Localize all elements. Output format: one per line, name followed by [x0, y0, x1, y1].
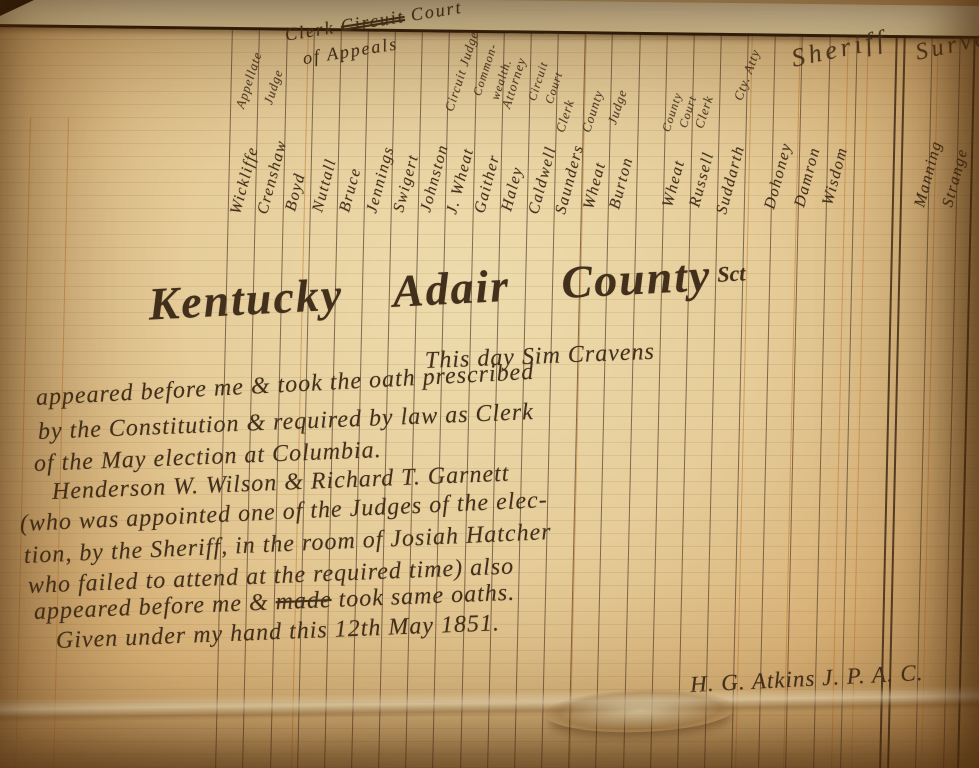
ruled-line [405, 24, 423, 768]
ruled-line [351, 24, 369, 768]
office-county-judge: Judge [604, 87, 630, 126]
ruled-line [541, 24, 559, 768]
heading-text: Kentucky Adair County [147, 249, 712, 329]
candidate-column: Wisdom [819, 145, 852, 207]
ruled-line [595, 24, 613, 768]
office-label: Judge [260, 67, 285, 106]
ruled-line [650, 24, 668, 768]
ruled-line [378, 24, 396, 768]
ruled-line [432, 24, 450, 768]
ledger-page-photo: Appellate Judge Clerk Circuit Court of A… [0, 0, 979, 768]
ruled-line [487, 24, 505, 768]
county-heading: Kentucky Adair CountySct [147, 246, 747, 330]
page-top-edge [0, 0, 979, 39]
office-county-attorney: Cty. Atty [730, 47, 763, 103]
candidate-column: Boyd [282, 171, 309, 213]
ruled-line [957, 24, 976, 768]
ruled-line [887, 24, 906, 768]
candidate-column: Bruce [336, 166, 365, 215]
ruled-line [813, 24, 831, 768]
ruled-line [514, 24, 532, 768]
heading-suffix: Sct [717, 260, 746, 286]
ruled-line [731, 24, 749, 768]
ruled-line [704, 24, 722, 768]
ruled-line [460, 24, 478, 768]
ruled-line [785, 24, 803, 768]
candidate-column: Haley [498, 165, 527, 214]
ruled-line [735, 24, 753, 768]
ruled-line [840, 24, 858, 768]
struck-word: made [275, 587, 332, 615]
ruled-line [15, 118, 31, 768]
ruled-line [783, 24, 801, 768]
candidate-column: Burton [606, 155, 637, 211]
candidate-column: Strange [939, 146, 972, 209]
office-appellate-judge: Judge [260, 67, 286, 106]
corner-shadow [0, 0, 34, 16]
ruled-line [569, 24, 587, 768]
ruled-line [623, 24, 641, 768]
ruled-line [831, 24, 849, 768]
ruled-line [943, 24, 961, 768]
ruled-line [758, 24, 776, 768]
candidate-column: Wheat [580, 160, 610, 211]
ruled-line [677, 24, 695, 768]
